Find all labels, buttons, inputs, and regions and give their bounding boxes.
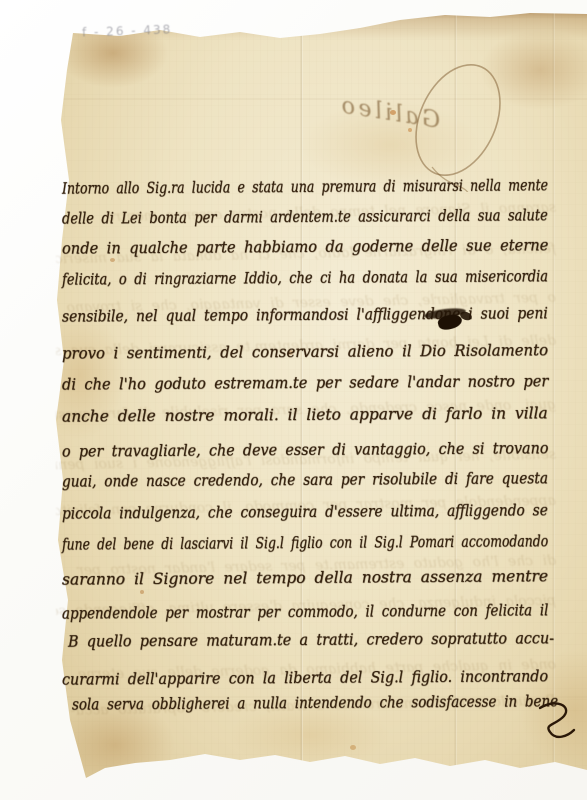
manuscript-line: guai, onde nasce credendo, che sara per … bbox=[62, 469, 548, 498]
fox-spot bbox=[408, 128, 412, 132]
manuscript-line: piccola indulgenza, che conseguira d'ess… bbox=[62, 501, 548, 530]
manuscript-line: o per travagliarle, che deve esser di va… bbox=[62, 439, 548, 468]
manuscript-line: onde in qualche parte habbiamo da godern… bbox=[62, 236, 548, 265]
fox-spot bbox=[390, 110, 396, 115]
manuscript-line: delle di Lei bonta per darmi ardentem.te… bbox=[62, 206, 548, 235]
end-paraph-flourish bbox=[536, 700, 578, 748]
manuscript-line: B quello pensare maturam.te a tratti, cr… bbox=[68, 629, 554, 658]
manuscript-line: fune del bene di lasciarvi il Sig.l figl… bbox=[62, 532, 548, 561]
manuscript-line: sola serva obbligherei a nulla intendend… bbox=[72, 692, 558, 721]
manuscript-line: sensibile, nel qual tempo informandosi l… bbox=[62, 304, 548, 333]
manuscript-line: Intorno allo Sig.ra lucida e stata una p… bbox=[62, 176, 548, 205]
manuscript-line: anche delle nostre morali. il lieto appa… bbox=[62, 404, 548, 433]
manuscript-line: di che l'ho goduto estremam.te per sedar… bbox=[62, 372, 548, 401]
horizontal-crease bbox=[50, 98, 587, 100]
manuscript-line: felicita, o di ringraziarne Iddio, che c… bbox=[62, 267, 548, 296]
scanned-letter-page: { "document": { "kind": "handwritten man… bbox=[0, 0, 587, 800]
fox-spot bbox=[350, 745, 356, 750]
manuscript-line: appendendole per mostrar per commodo, il… bbox=[62, 601, 548, 630]
manuscript-line: provo i sentimenti, del conservarsi alie… bbox=[62, 341, 548, 370]
manuscript-line: saranno il Signore nel tempo della nostr… bbox=[62, 567, 548, 596]
